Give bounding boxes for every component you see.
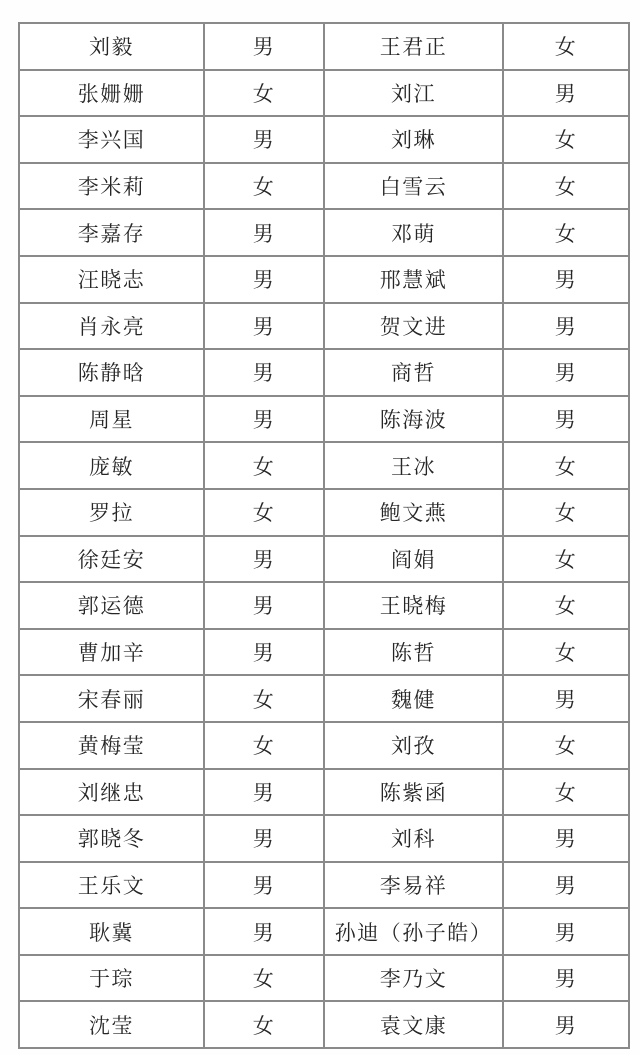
name-cell: 李米莉 — [19, 163, 204, 210]
gender-cell: 男 — [204, 116, 324, 163]
name-cell: 张姗姗 — [19, 70, 204, 117]
gender-cell: 男 — [204, 815, 324, 862]
name-cell: 王君正 — [324, 23, 503, 70]
gender-cell: 女 — [204, 70, 324, 117]
name-cell: 阎娟 — [324, 536, 503, 583]
gender-cell: 女 — [204, 163, 324, 210]
name-cell: 孙迪（孙子皓） — [324, 908, 503, 955]
name-cell: 刘江 — [324, 70, 503, 117]
gender-cell: 男 — [503, 675, 629, 722]
name-cell: 袁文康 — [324, 1001, 503, 1048]
name-cell: 陈静晗 — [19, 349, 204, 396]
gender-cell: 男 — [204, 256, 324, 303]
gender-cell: 女 — [204, 675, 324, 722]
roster-table-container: 刘毅男王君正女张姗姗女刘江男李兴国男刘琳女李米莉女白雪云女李嘉存男邓萌女汪晓志男… — [18, 22, 628, 1049]
table-row: 罗拉女鲍文燕女 — [19, 489, 629, 536]
gender-cell: 男 — [503, 815, 629, 862]
table-row: 庞敏女王冰女 — [19, 442, 629, 489]
gender-cell: 男 — [204, 582, 324, 629]
table-row: 李米莉女白雪云女 — [19, 163, 629, 210]
name-cell: 李乃文 — [324, 955, 503, 1002]
gender-cell: 男 — [503, 955, 629, 1002]
name-cell: 汪晓志 — [19, 256, 204, 303]
name-cell: 庞敏 — [19, 442, 204, 489]
table-row: 刘继忠男陈紫函女 — [19, 769, 629, 816]
gender-cell: 男 — [204, 23, 324, 70]
table-row: 徐廷安男阎娟女 — [19, 536, 629, 583]
name-cell: 沈莹 — [19, 1001, 204, 1048]
gender-cell: 男 — [204, 396, 324, 443]
name-cell: 于琮 — [19, 955, 204, 1002]
name-cell: 耿冀 — [19, 908, 204, 955]
name-cell: 李兴国 — [19, 116, 204, 163]
table-row: 王乐文男李易祥男 — [19, 862, 629, 909]
gender-cell: 女 — [204, 442, 324, 489]
name-cell: 李嘉存 — [19, 209, 204, 256]
name-cell: 刘毅 — [19, 23, 204, 70]
name-cell: 王冰 — [324, 442, 503, 489]
table-row: 陈静晗男商哲男 — [19, 349, 629, 396]
gender-cell: 男 — [503, 70, 629, 117]
gender-cell: 女 — [204, 955, 324, 1002]
name-cell: 王晓梅 — [324, 582, 503, 629]
gender-cell: 男 — [204, 349, 324, 396]
gender-cell: 女 — [503, 536, 629, 583]
roster-table: 刘毅男王君正女张姗姗女刘江男李兴国男刘琳女李米莉女白雪云女李嘉存男邓萌女汪晓志男… — [18, 22, 630, 1049]
name-cell: 邓萌 — [324, 209, 503, 256]
name-cell: 陈哲 — [324, 629, 503, 676]
table-row: 郭运德男王晓梅女 — [19, 582, 629, 629]
name-cell: 宋春丽 — [19, 675, 204, 722]
gender-cell: 女 — [503, 442, 629, 489]
gender-cell: 男 — [503, 1001, 629, 1048]
table-row: 黄梅莹女刘孜女 — [19, 722, 629, 769]
gender-cell: 男 — [204, 303, 324, 350]
table-row: 李兴国男刘琳女 — [19, 116, 629, 163]
name-cell: 刘孜 — [324, 722, 503, 769]
gender-cell: 女 — [503, 629, 629, 676]
gender-cell: 男 — [503, 349, 629, 396]
table-row: 郭晓冬男刘科男 — [19, 815, 629, 862]
table-row: 曹加辛男陈哲女 — [19, 629, 629, 676]
name-cell: 刘科 — [324, 815, 503, 862]
gender-cell: 女 — [204, 489, 324, 536]
table-row: 周星男陈海波男 — [19, 396, 629, 443]
name-cell: 贺文进 — [324, 303, 503, 350]
gender-cell: 男 — [204, 629, 324, 676]
gender-cell: 男 — [204, 536, 324, 583]
gender-cell: 女 — [503, 23, 629, 70]
gender-cell: 男 — [204, 769, 324, 816]
table-row: 刘毅男王君正女 — [19, 23, 629, 70]
gender-cell: 女 — [503, 582, 629, 629]
name-cell: 黄梅莹 — [19, 722, 204, 769]
table-row: 宋春丽女魏健男 — [19, 675, 629, 722]
name-cell: 肖永亮 — [19, 303, 204, 350]
name-cell: 李易祥 — [324, 862, 503, 909]
gender-cell: 男 — [204, 209, 324, 256]
name-cell: 曹加辛 — [19, 629, 204, 676]
gender-cell: 男 — [204, 862, 324, 909]
gender-cell: 男 — [503, 862, 629, 909]
table-row: 沈莹女袁文康男 — [19, 1001, 629, 1048]
gender-cell: 男 — [503, 256, 629, 303]
gender-cell: 男 — [503, 396, 629, 443]
gender-cell: 女 — [204, 1001, 324, 1048]
gender-cell: 女 — [503, 209, 629, 256]
name-cell: 周星 — [19, 396, 204, 443]
table-row: 肖永亮男贺文进男 — [19, 303, 629, 350]
name-cell: 王乐文 — [19, 862, 204, 909]
name-cell: 刘继忠 — [19, 769, 204, 816]
gender-cell: 女 — [503, 489, 629, 536]
gender-cell: 女 — [503, 116, 629, 163]
table-row: 耿冀男孙迪（孙子皓）男 — [19, 908, 629, 955]
roster-table-body: 刘毅男王君正女张姗姗女刘江男李兴国男刘琳女李米莉女白雪云女李嘉存男邓萌女汪晓志男… — [19, 23, 629, 1048]
name-cell: 陈海波 — [324, 396, 503, 443]
name-cell: 白雪云 — [324, 163, 503, 210]
name-cell: 郭运德 — [19, 582, 204, 629]
name-cell: 徐廷安 — [19, 536, 204, 583]
name-cell: 郭晓冬 — [19, 815, 204, 862]
gender-cell: 男 — [204, 908, 324, 955]
gender-cell: 女 — [204, 722, 324, 769]
name-cell: 刘琳 — [324, 116, 503, 163]
table-row: 李嘉存男邓萌女 — [19, 209, 629, 256]
name-cell: 魏健 — [324, 675, 503, 722]
gender-cell: 女 — [503, 769, 629, 816]
gender-cell: 女 — [503, 722, 629, 769]
gender-cell: 男 — [503, 303, 629, 350]
name-cell: 鲍文燕 — [324, 489, 503, 536]
name-cell: 邢慧斌 — [324, 256, 503, 303]
name-cell: 罗拉 — [19, 489, 204, 536]
table-row: 于琮女李乃文男 — [19, 955, 629, 1002]
name-cell: 商哲 — [324, 349, 503, 396]
gender-cell: 女 — [503, 163, 629, 210]
table-row: 汪晓志男邢慧斌男 — [19, 256, 629, 303]
table-row: 张姗姗女刘江男 — [19, 70, 629, 117]
gender-cell: 男 — [503, 908, 629, 955]
name-cell: 陈紫函 — [324, 769, 503, 816]
